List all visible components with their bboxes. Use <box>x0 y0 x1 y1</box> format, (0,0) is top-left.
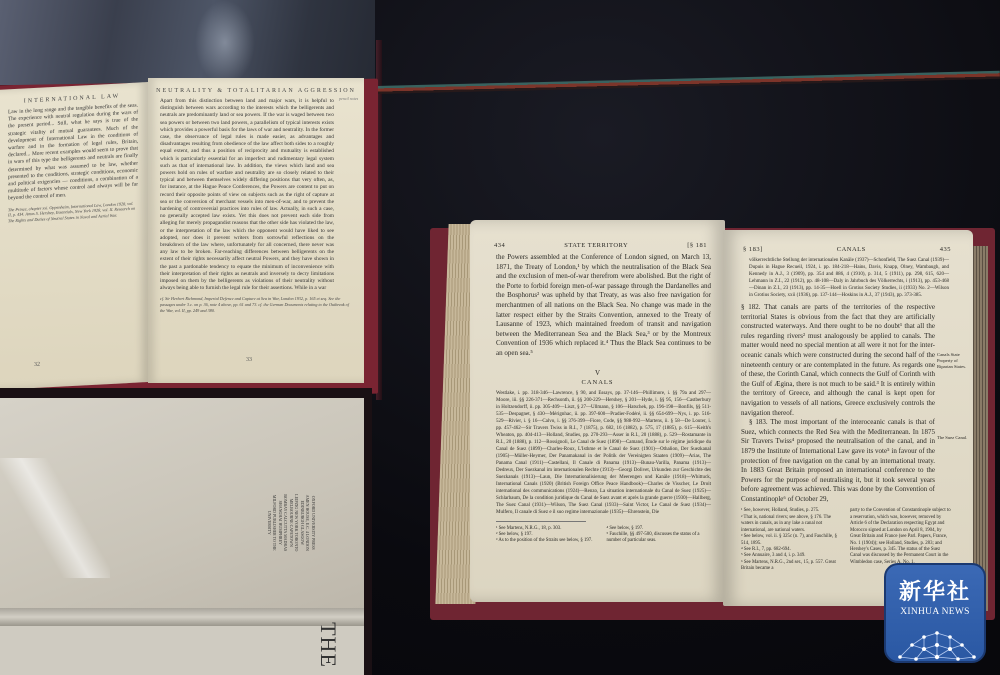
display-case-background: INTERNATIONAL LAW Law in the long range … <box>0 0 1000 675</box>
section-ref: § 183] <box>743 246 763 253</box>
left-book-right-page: NEUTRALITY & TOTALITARIAN AGGRESSION Apa… <box>148 78 364 383</box>
page-number: 435 <box>940 246 951 253</box>
footnotes: cf. Sir Herbert Richmond, Imperial Defen… <box>148 292 364 317</box>
page-text: Apart from this distinction between land… <box>148 94 364 292</box>
left-book-left-page: INTERNATIONAL LAW Law in the long range … <box>0 82 148 390</box>
page-number: 33 <box>246 357 252 363</box>
logo-chinese-name: 新华社 <box>886 575 984 606</box>
footnote-rule <box>496 521 586 522</box>
paragraph-black-sea: the Powers assembled at the Conference o… <box>470 253 725 359</box>
page-text: Law in the long range and the tangible b… <box>0 98 148 204</box>
paragraph-182: § 182. That canals are parts of the terr… <box>723 303 973 418</box>
publisher-imprint: OXFORD UNIVERSITY PRESS AMEN HOUSE, E.C.… <box>266 494 316 552</box>
running-head: NEUTRALITY & TOTALITARIAN AGGRESSION <box>148 78 364 94</box>
footnote: ² That is, national rivers; see above, §… <box>741 515 842 534</box>
section-ref: [§ 181 <box>687 242 707 249</box>
pencil-margin-note: pencil notes <box>339 96 364 102</box>
glass-glare <box>0 458 110 578</box>
page-number: 434 <box>494 242 505 249</box>
bibliography: Westlake, i. pp. 318-346—Lawrence, § 90,… <box>470 390 725 516</box>
sidenote-suez: The Suez Canal. <box>937 435 969 441</box>
paragraph-183: § 183. The most important of the interoc… <box>723 418 973 504</box>
footnote: party to the Convention of Constantinopl… <box>850 508 951 566</box>
running-header: § 183] CANALS 435 <box>723 230 973 257</box>
glass-glare <box>195 0 255 85</box>
sidenote-canals: Canals State Property of Riparian States… <box>937 352 969 370</box>
title-fragment: THE <box>315 622 341 668</box>
running-head-title: STATE TERRITORY <box>564 242 628 249</box>
section-title: CANALS <box>470 379 725 386</box>
dark-book-cover <box>0 0 375 85</box>
book-gutter <box>0 608 364 626</box>
imprint-page: OXFORD UNIVERSITY PRESS AMEN HOUSE, E.C.… <box>0 398 364 608</box>
network-globe-icon <box>894 623 980 663</box>
main-open-book: 434 STATE TERRITORY [§ 181 the Powers as… <box>430 216 1000 616</box>
title-page: THE <box>0 626 364 675</box>
section-numeral: V <box>470 369 725 377</box>
running-head-title: CANALS <box>837 246 866 253</box>
display-case-rail <box>378 71 1000 94</box>
footnotes: ¹ See Martens, N.R.G., 18, p. 303. ² See… <box>470 526 725 545</box>
xinhua-news-logo: 新华社 XINHUA NEWS <box>884 563 986 663</box>
left-open-book: INTERNATIONAL LAW Law in the long range … <box>0 76 380 396</box>
bibliography-continued: völkerrechtliche Stellung der internatio… <box>723 257 973 303</box>
footnote: ³ See below, vol. ii. § 325c (n. 7), and… <box>741 534 842 547</box>
footnote: ³ As to the position of the Straits see … <box>496 538 599 544</box>
footnote: ⁶ See Martens, N.R.G., 2nd ser., 15, p. … <box>741 560 842 573</box>
page-434: 434 STATE TERRITORY [§ 181 the Powers as… <box>470 220 725 602</box>
page-number: 32 <box>34 362 40 368</box>
title-page-book: OXFORD UNIVERSITY PRESS AMEN HOUSE, E.C.… <box>0 388 372 675</box>
footnote: ⁵ Fauchille, §§ 497-500, discusses the s… <box>607 532 710 545</box>
page-435: § 183] CANALS 435 völkerrechtliche Stell… <box>723 230 973 606</box>
running-header: 434 STATE TERRITORY [§ 181 <box>470 220 725 253</box>
logo-english-name: XINHUA NEWS <box>886 607 984 617</box>
